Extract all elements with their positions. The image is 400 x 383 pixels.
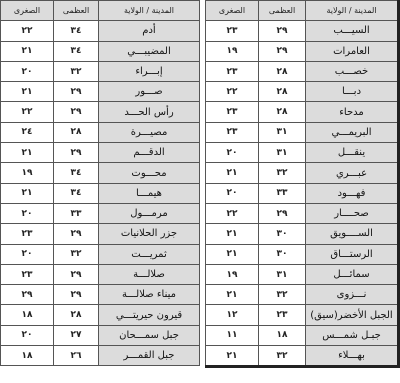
table-row: ٢٢٢٨دبـــا: [206, 82, 399, 102]
min-temp-cell: ٢٢: [1, 21, 54, 41]
table-row: ٢١٣٠الرستـــاق: [206, 244, 399, 264]
city-name-cell: جبـل شمـــس: [306, 325, 399, 345]
min-temp-cell: ١١: [206, 325, 259, 345]
max-temp-cell: ٣١: [259, 143, 306, 163]
city-name-cell: ميناء صلالـــة: [99, 285, 200, 305]
min-temp-cell: ٢٠: [206, 143, 259, 163]
header-min: الصغرى: [1, 1, 54, 21]
min-temp-cell: ١٩: [206, 41, 259, 61]
min-temp-cell: ١٨: [1, 305, 54, 325]
table-row: ٢٣٢٩صلالـــة: [1, 264, 200, 284]
city-name-cell: مصيـــرة: [99, 122, 200, 142]
city-name-cell: أدم: [99, 21, 200, 41]
max-temp-cell: ٢٩: [54, 285, 99, 305]
city-name-cell: مرمـــول: [99, 203, 200, 223]
table-row: ٢٣٢٩السيـــب: [206, 21, 399, 41]
min-temp-cell: ٢٠: [206, 183, 259, 203]
header-row: الصغرى العظمى المدينة / الولاية: [1, 1, 200, 21]
table-row: ٢١٣٢بهـــلاء: [206, 346, 399, 367]
table-row: ٢٢٢٩صحــــار: [206, 203, 399, 223]
min-temp-cell: ٢١: [206, 163, 259, 183]
min-temp-cell: ٢٣: [206, 122, 259, 142]
city-name-cell: ينقـــل: [306, 143, 399, 163]
table-row: ١٩٣٤محـــوت: [1, 163, 200, 183]
city-name-cell: المضيبـــي: [99, 41, 200, 61]
city-name-cell: عبـــري: [306, 163, 399, 183]
max-temp-cell: ٢٣: [259, 305, 306, 325]
max-temp-cell: ٣٤: [54, 163, 99, 183]
city-name-cell: محـــوت: [99, 163, 200, 183]
min-temp-cell: ٢٩: [1, 285, 54, 305]
city-name-cell: مدحاء: [306, 102, 399, 122]
table-row: ٢٣٢٨مدحاء: [206, 102, 399, 122]
min-temp-cell: ٢٠: [1, 244, 54, 264]
min-temp-cell: ٢٤: [1, 122, 54, 142]
table-row: ٢٣٢٨خصـــب: [206, 61, 399, 81]
table-row: ٢٢٢٩رأس الحـــد: [1, 102, 200, 122]
max-temp-cell: ٢٩: [54, 82, 99, 102]
table-row: ١٩٣١سمائـــل: [206, 264, 399, 284]
table-row: ١٨٢٨قيرون حيريتـــي: [1, 305, 200, 325]
table-row: ١٨٢٦جبل القمـــر: [1, 346, 200, 366]
max-temp-cell: ٢٩: [259, 21, 306, 41]
city-name-cell: الرستـــاق: [306, 244, 399, 264]
min-temp-cell: ٢١: [1, 143, 54, 163]
table-row: ٢١٣٢نـــزوى: [206, 285, 399, 305]
min-temp-cell: ١٢: [206, 305, 259, 325]
min-temp-cell: ٢١: [1, 41, 54, 61]
table-row: ٢٠٣٣مرمـــول: [1, 203, 200, 223]
max-temp-cell: ٣١: [259, 122, 306, 142]
min-temp-cell: ٢٣: [1, 264, 54, 284]
table-row: ٢٠٣٣فهـــود: [206, 183, 399, 203]
header-max: العظمى: [259, 1, 306, 21]
city-name-cell: الدقـــم: [99, 143, 200, 163]
table-row: ٢٠٣١ينقـــل: [206, 143, 399, 163]
max-temp-cell: ٣٤: [54, 41, 99, 61]
table-row: ٢٢٣٤أدم: [1, 21, 200, 41]
min-temp-cell: ٢١: [1, 82, 54, 102]
max-temp-cell: ٣٤: [54, 21, 99, 41]
max-temp-cell: ٣٢: [259, 346, 306, 367]
max-temp-cell: ٢٧: [54, 325, 99, 345]
city-name-cell: جبل القمـــر: [99, 346, 200, 366]
max-temp-cell: ٢٩: [259, 203, 306, 223]
city-name-cell: السيـــب: [306, 21, 399, 41]
city-name-cell: دبـــا: [306, 82, 399, 102]
min-temp-cell: ٢١: [206, 224, 259, 244]
min-temp-cell: ٢٠: [1, 61, 54, 81]
min-temp-cell: ١٨: [1, 346, 54, 366]
city-name-cell: بهـــلاء: [306, 346, 399, 367]
min-temp-cell: ٢٢: [1, 102, 54, 122]
city-name-cell: جزر الحلانيات: [99, 224, 200, 244]
table-row: ٢٩٢٩ميناء صلالـــة: [1, 285, 200, 305]
max-temp-cell: ٢٩: [54, 264, 99, 284]
city-name-cell: إبـــراء: [99, 61, 200, 81]
min-temp-cell: ٢٣: [206, 21, 259, 41]
max-temp-cell: ٣٠: [259, 244, 306, 264]
table-row: ٢٣٣١البريمـــي: [206, 122, 399, 142]
max-temp-cell: ٣١: [259, 264, 306, 284]
city-name-cell: هيمـــا: [99, 183, 200, 203]
max-temp-cell: ٣٤: [54, 183, 99, 203]
city-name-cell: العامرات: [306, 41, 399, 61]
table-row: ٢١٣٤هيمـــا: [1, 183, 200, 203]
min-temp-cell: ٢٣: [206, 61, 259, 81]
max-temp-cell: ٣٠: [259, 224, 306, 244]
city-name-cell: فهـــود: [306, 183, 399, 203]
table-row: ١٩٢٩العامرات: [206, 41, 399, 61]
min-temp-cell: ٢١: [206, 346, 259, 367]
max-temp-cell: ٢٨: [259, 82, 306, 102]
city-name-cell: سمائـــل: [306, 264, 399, 284]
header-min: الصغرى: [206, 1, 259, 21]
max-temp-cell: ٣٢: [54, 244, 99, 264]
max-temp-cell: ٢٩: [259, 41, 306, 61]
table-row: ٢٠٣٢إبـــراء: [1, 61, 200, 81]
min-temp-cell: ٢٣: [206, 102, 259, 122]
city-name-cell: قيرون حيريتـــي: [99, 305, 200, 325]
city-name-cell: رأس الحـــد: [99, 102, 200, 122]
table-row: ٢١٢٩الدقـــم: [1, 143, 200, 163]
temperature-table-right: الصغرى العظمى المدينة / الولاية ٢٣٢٩السي…: [205, 0, 400, 368]
max-temp-cell: ٣٣: [54, 203, 99, 223]
min-temp-cell: ٢١: [206, 244, 259, 264]
max-temp-cell: ٢٩: [54, 102, 99, 122]
city-name-cell: الجبل الأخضر(سيق): [306, 305, 399, 325]
max-temp-cell: ٢٨: [259, 61, 306, 81]
city-name-cell: خصـــب: [306, 61, 399, 81]
table-row: ٢١٣٠الســــويق: [206, 224, 399, 244]
max-temp-cell: ٢٩: [54, 143, 99, 163]
table-row: ١١١٨جبـل شمـــس: [206, 325, 399, 345]
min-temp-cell: ٢٠: [1, 325, 54, 345]
right-table-body: ٢٣٢٩السيـــب١٩٢٩العامرات٢٣٢٨خصـــب٢٢٢٨دب…: [206, 21, 399, 367]
max-temp-cell: ٣٢: [54, 61, 99, 81]
table-row: ٢١٣٤المضيبـــي: [1, 41, 200, 61]
max-temp-cell: ٣٢: [259, 163, 306, 183]
max-temp-cell: ٣٣: [259, 183, 306, 203]
city-name-cell: صحــــار: [306, 203, 399, 223]
city-name-cell: صلالـــة: [99, 264, 200, 284]
max-temp-cell: ٢٦: [54, 346, 99, 366]
header-city: المدينة / الولاية: [99, 1, 200, 21]
city-name-cell: صـــور: [99, 82, 200, 102]
table-row: ٢١٣٢عبـــري: [206, 163, 399, 183]
city-name-cell: جبل سمـــحان: [99, 325, 200, 345]
city-name-cell: البريمـــي: [306, 122, 399, 142]
left-table-body: ٢٢٣٤أدم٢١٣٤المضيبـــي٢٠٣٢إبـــراء٢١٢٩صــ…: [1, 21, 200, 366]
min-temp-cell: ٢٢: [206, 82, 259, 102]
max-temp-cell: ٢٨: [54, 305, 99, 325]
city-name-cell: ثمريـــت: [99, 244, 200, 264]
table-row: ٢٠٣٢ثمريـــت: [1, 244, 200, 264]
max-temp-cell: ٢٩: [54, 224, 99, 244]
max-temp-cell: ٣٢: [259, 285, 306, 305]
table-row: ٢٣٢٩جزر الحلانيات: [1, 224, 200, 244]
min-temp-cell: ٢٠: [1, 203, 54, 223]
city-name-cell: الســــويق: [306, 224, 399, 244]
max-temp-cell: ٢٨: [54, 122, 99, 142]
min-temp-cell: ٢١: [206, 285, 259, 305]
min-temp-cell: ٢٢: [206, 203, 259, 223]
table-row: ١٢٢٣الجبل الأخضر(سيق): [206, 305, 399, 325]
table-row: ٢١٢٩صـــور: [1, 82, 200, 102]
min-temp-cell: ١٩: [206, 264, 259, 284]
header-row: الصغرى العظمى المدينة / الولاية: [206, 1, 399, 21]
min-temp-cell: ٢١: [1, 183, 54, 203]
temperature-table-left: الصغرى العظمى المدينة / الولاية ٢٢٣٤أدم٢…: [0, 0, 200, 366]
min-temp-cell: ١٩: [1, 163, 54, 183]
table-row: ٢٤٢٨مصيـــرة: [1, 122, 200, 142]
max-temp-cell: ٢٨: [259, 102, 306, 122]
table-row: ٢٠٢٧جبل سمـــحان: [1, 325, 200, 345]
header-city: المدينة / الولاية: [306, 1, 399, 21]
header-max: العظمى: [54, 1, 99, 21]
max-temp-cell: ١٨: [259, 325, 306, 345]
min-temp-cell: ٢٣: [1, 224, 54, 244]
city-name-cell: نـــزوى: [306, 285, 399, 305]
